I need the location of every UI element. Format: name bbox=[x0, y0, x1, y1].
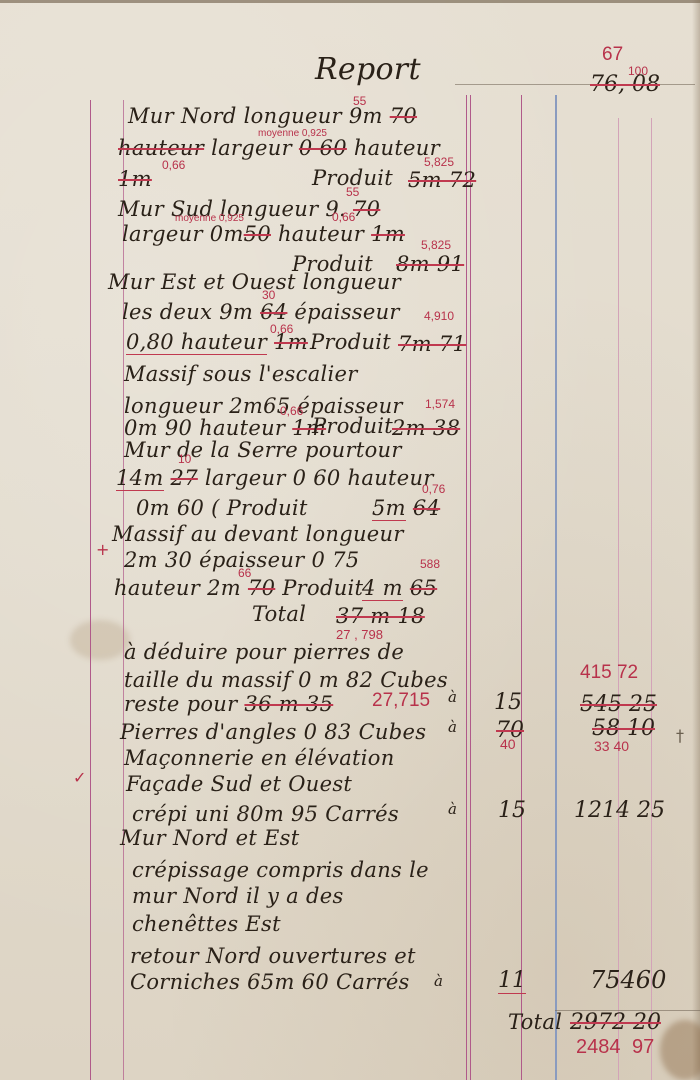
line-mur-nord: Mur Nord longueur 9m 70 bbox=[128, 104, 417, 128]
correction: 0,76 bbox=[422, 482, 445, 496]
amount-value: 75460 bbox=[590, 966, 666, 994]
correction: 27,715 bbox=[372, 690, 430, 712]
correction: 10 bbox=[178, 452, 191, 466]
column-rule-double-a bbox=[466, 95, 467, 1080]
line-escalier-produit: 0m 90 hauteur 1m bbox=[124, 416, 326, 440]
grand-total-corrected-franc: 2484 bbox=[576, 1036, 621, 1059]
rate-value: 15 bbox=[494, 690, 522, 715]
line-massif-devant: Massif au devant longueur bbox=[112, 522, 404, 546]
margin-dagger-mark: † bbox=[676, 726, 684, 745]
line-mur-est-ouest: Mur Est et Ouest longueur bbox=[108, 270, 401, 294]
page-right-edge bbox=[692, 0, 700, 1080]
correction: 55 bbox=[346, 185, 359, 199]
produit-value: 5m 72 bbox=[408, 168, 476, 192]
line-facade-sud-ouest: Façade Sud et Ouest bbox=[126, 772, 352, 796]
line-retour-nord: retour Nord ouvertures et bbox=[130, 944, 416, 968]
line-serre-14m: 14m 27 largeur 0 60 hauteur bbox=[116, 466, 434, 490]
correction-amount: 415 72 bbox=[580, 662, 638, 684]
line-serre-produit: 0m 60 ( Produit bbox=[136, 496, 308, 520]
produit-value: 7m 71 bbox=[398, 332, 466, 356]
total-label: Total bbox=[252, 602, 306, 626]
correction: 588 bbox=[420, 557, 440, 571]
line-mur-nord-est: Mur Nord et Est bbox=[120, 826, 300, 850]
left-margin-rule bbox=[90, 100, 91, 1080]
correction: 0,66 bbox=[162, 158, 185, 172]
produit-value: 2m 38 bbox=[392, 416, 460, 440]
rate-value: 15 bbox=[498, 798, 526, 823]
margin-cross-mark: + bbox=[96, 540, 109, 559]
correction: 0,66 bbox=[332, 210, 355, 224]
grand-total-label: Total bbox=[508, 1010, 562, 1034]
correction: 0,66 bbox=[280, 404, 303, 418]
correction: 5,825 bbox=[421, 238, 451, 252]
a-label: à bbox=[434, 972, 443, 990]
produit-label: Produit bbox=[312, 414, 393, 438]
correction-amount: 33 40 bbox=[594, 738, 629, 754]
a-label: à bbox=[448, 688, 457, 706]
produit-value: 4 m 65 bbox=[362, 576, 437, 600]
total-value: 37 m 18 bbox=[336, 604, 425, 628]
line-mur-nord-produit: 1m bbox=[118, 167, 152, 191]
correction-rate: 40 bbox=[500, 736, 516, 752]
line-crepissage: crépissage compris dans le bbox=[132, 858, 429, 882]
correction: 0,66 bbox=[270, 322, 293, 336]
paper-stain bbox=[70, 620, 130, 660]
line-corniches: Corniches 65m 60 Carrés bbox=[130, 970, 410, 994]
line-a-deduire: à déduire pour pierres de bbox=[124, 640, 404, 664]
rate-column-rule bbox=[521, 95, 522, 1080]
cent-column-rule bbox=[618, 118, 619, 1080]
amount-value: 1214 25 bbox=[574, 798, 665, 823]
correction: 5,825 bbox=[424, 155, 454, 169]
grand-total-original: 2972 20 bbox=[570, 1010, 661, 1035]
correction: 1,574 bbox=[425, 397, 455, 411]
line-mur-nord-il-y-a: mur Nord il y a des bbox=[132, 884, 344, 908]
amount-column-rule bbox=[555, 95, 557, 1080]
rate-value: 11 bbox=[498, 968, 526, 994]
column-rule-double-b bbox=[470, 95, 471, 1080]
amount-value: 545 25 bbox=[580, 692, 657, 717]
line-massif-escalier: Massif sous l'escalier bbox=[124, 362, 358, 386]
line-taille-massif: taille du massif 0 m 82 Cubes bbox=[124, 668, 448, 692]
carried-forward-original: 76, 08 bbox=[590, 72, 660, 97]
heading-report: Report bbox=[315, 52, 421, 87]
right-column-rule bbox=[651, 118, 652, 1080]
correction: moyenne 0,925 bbox=[258, 128, 327, 139]
correction: 55 bbox=[353, 94, 366, 108]
correction: 66 bbox=[238, 566, 251, 580]
grand-total-corrected-cent: 97 bbox=[632, 1036, 654, 1059]
page-top-edge bbox=[0, 0, 700, 3]
line-reste-pour: reste pour 36 m 35 bbox=[124, 692, 333, 716]
correction: moyenne 0,925 bbox=[175, 213, 244, 224]
paper-stain bbox=[660, 1020, 700, 1080]
produit-value: 5m 64 bbox=[372, 496, 440, 520]
carried-forward-correction-franc: 67 bbox=[602, 44, 623, 66]
produit-label: Produit bbox=[310, 330, 391, 354]
line-mur-serre: Mur de la Serre pourtour bbox=[124, 438, 402, 462]
line-crepi-uni: crépi uni 80m 95 Carrés bbox=[132, 802, 399, 826]
produit-value: 8m 91 bbox=[396, 252, 464, 276]
correction: 30 bbox=[262, 288, 275, 302]
a-label: à bbox=[448, 800, 457, 818]
line-les-deux: les deux 9m 64 épaisseur bbox=[122, 300, 400, 324]
line-chenettes: chenêttes Est bbox=[132, 912, 281, 936]
line-pierres-angles: Pierres d'angles 0 83 Cubes bbox=[120, 720, 426, 744]
a-label: à bbox=[448, 718, 457, 736]
ledger-page: Report 67 100 76, 08 Mur Nord longueur 9… bbox=[0, 0, 700, 1080]
line-mur-nord-largeur: hauteur largeur 0 60 hauteur bbox=[118, 136, 440, 160]
correction: 4,910 bbox=[424, 309, 454, 323]
margin-check-mark: ✓ bbox=[73, 768, 86, 787]
line-mur-sud-largeur: largeur 0m50 hauteur 1m bbox=[122, 222, 405, 246]
line-maconnerie-elevation: Maçonnerie en élévation bbox=[124, 746, 395, 770]
